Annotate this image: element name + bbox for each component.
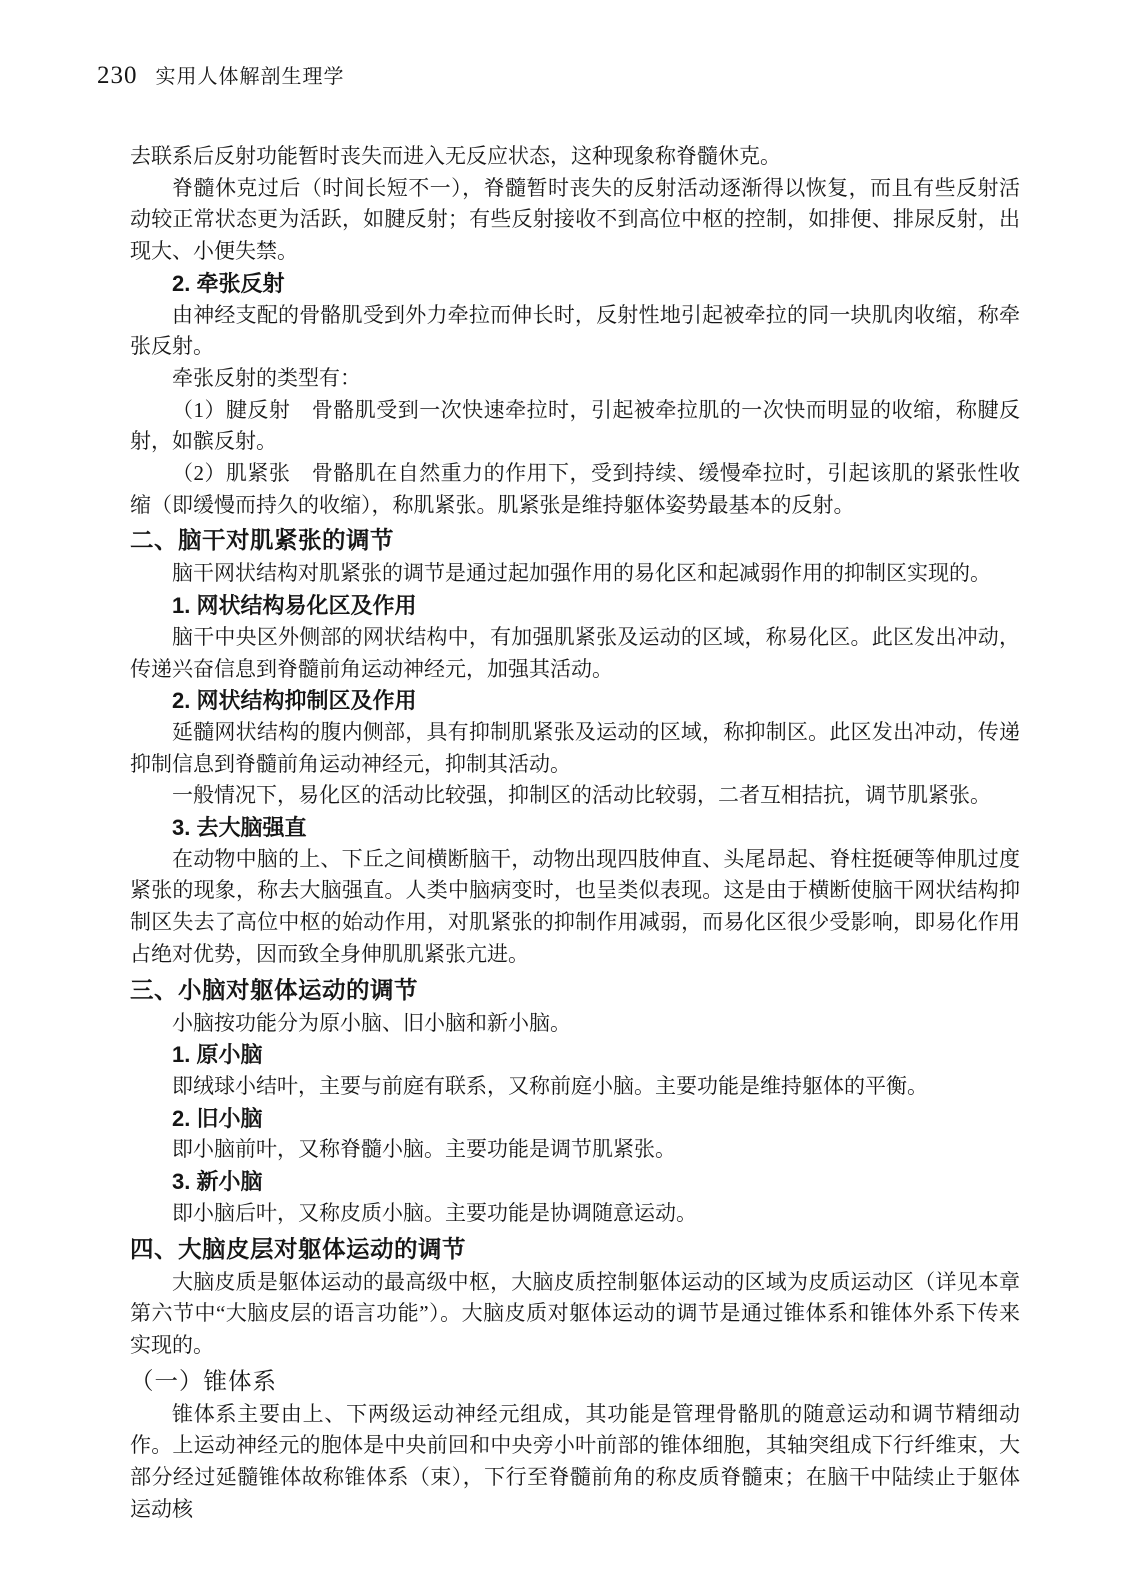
paragraph: 由神经支配的骨骼肌受到外力牵拉而伸长时，反射性地引起被牵拉的同一块肌肉收缩，称牵… bbox=[130, 300, 1020, 363]
paragraph: 脑干网状结构对肌紧张的调节是通过起加强作用的易化区和起减弱作用的抑制区实现的。 bbox=[130, 558, 1020, 590]
book-title: 实用人体解剖生理学 bbox=[156, 66, 345, 88]
paragraph: 即小脑后叶，又称皮质小脑。主要功能是协调随意运动。 bbox=[130, 1198, 1020, 1230]
paragraph: 延髓网状结构的腹内侧部，具有抑制肌紧张及运动的区域，称抑制区。此区发出冲动，传递… bbox=[130, 717, 1020, 780]
section-heading: 四、大脑皮层对躯体运动的调节 bbox=[130, 1233, 1020, 1265]
paragraph: 一般情况下，易化区的活动比较强，抑制区的活动比较弱，二者互相拮抗，调节肌紧张。 bbox=[130, 780, 1020, 812]
subsection-heading: 3. 新小脑 bbox=[130, 1166, 1020, 1198]
subsection-heading: 1. 网状结构易化区及作用 bbox=[130, 590, 1020, 622]
page-body: 去联系后反射功能暂时丧失而进入无反应状态，这种现象称脊髓休克。 脊髓休克过后（时… bbox=[130, 141, 1020, 1525]
paragraph: 小脑按功能分为原小脑、旧小脑和新小脑。 bbox=[130, 1008, 1020, 1040]
paragraph: 即绒球小结叶，主要与前庭有联系，又称前庭小脑。主要功能是维持躯体的平衡。 bbox=[130, 1071, 1020, 1103]
subsection-heading: 1. 原小脑 bbox=[130, 1039, 1020, 1071]
paragraph: 脊髓休克过后（时间长短不一），脊髓暂时丧失的反射活动逐渐得以恢复，而且有些反射活… bbox=[130, 173, 1020, 268]
section-heading: 二、脑干对肌紧张的调节 bbox=[130, 524, 1020, 556]
paragraph-continuation: 去联系后反射功能暂时丧失而进入无反应状态，这种现象称脊髓休克。 bbox=[130, 141, 1020, 173]
subsection-heading: 2. 旧小脑 bbox=[130, 1103, 1020, 1135]
paragraph: 牵张反射的类型有： bbox=[130, 363, 1020, 395]
subsection-heading: 2. 网状结构抑制区及作用 bbox=[130, 685, 1020, 717]
paragraph: 在动物中脑的上、下丘之间横断脑干，动物出现四肢伸直、头尾昂起、脊柱挺硬等伸肌过度… bbox=[130, 844, 1020, 971]
paragraph: 大脑皮质是躯体运动的最高级中枢，大脑皮质控制躯体运动的区域为皮质运动区（详见本章… bbox=[130, 1267, 1020, 1362]
parenthesized-heading: （一）锥体系 bbox=[130, 1365, 1020, 1397]
subsection-heading: 2. 牵张反射 bbox=[130, 268, 1020, 300]
section-heading: 三、小脑对躯体运动的调节 bbox=[130, 974, 1020, 1006]
page-header: 230实用人体解剖生理学 bbox=[97, 60, 345, 90]
paragraph: 即小脑前叶，又称脊髓小脑。主要功能是调节肌紧张。 bbox=[130, 1134, 1020, 1166]
page-number: 230 bbox=[97, 62, 138, 89]
paragraph: 锥体系主要由上、下两级运动神经元组成，其功能是管理骨骼肌的随意运动和调节精细动作… bbox=[130, 1399, 1020, 1526]
paragraph: 脑干中央区外侧部的网状结构中，有加强肌紧张及运动的区域，称易化区。此区发出冲动，… bbox=[130, 622, 1020, 685]
paragraph: （1）腱反射 骨骼肌受到一次快速牵拉时，引起被牵拉肌的一次快而明显的收缩，称腱反… bbox=[130, 395, 1020, 458]
subsection-heading: 3. 去大脑强直 bbox=[130, 812, 1020, 844]
paragraph: （2）肌紧张 骨骼肌在自然重力的作用下，受到持续、缓慢牵拉时，引起该肌的紧张性收… bbox=[130, 458, 1020, 521]
